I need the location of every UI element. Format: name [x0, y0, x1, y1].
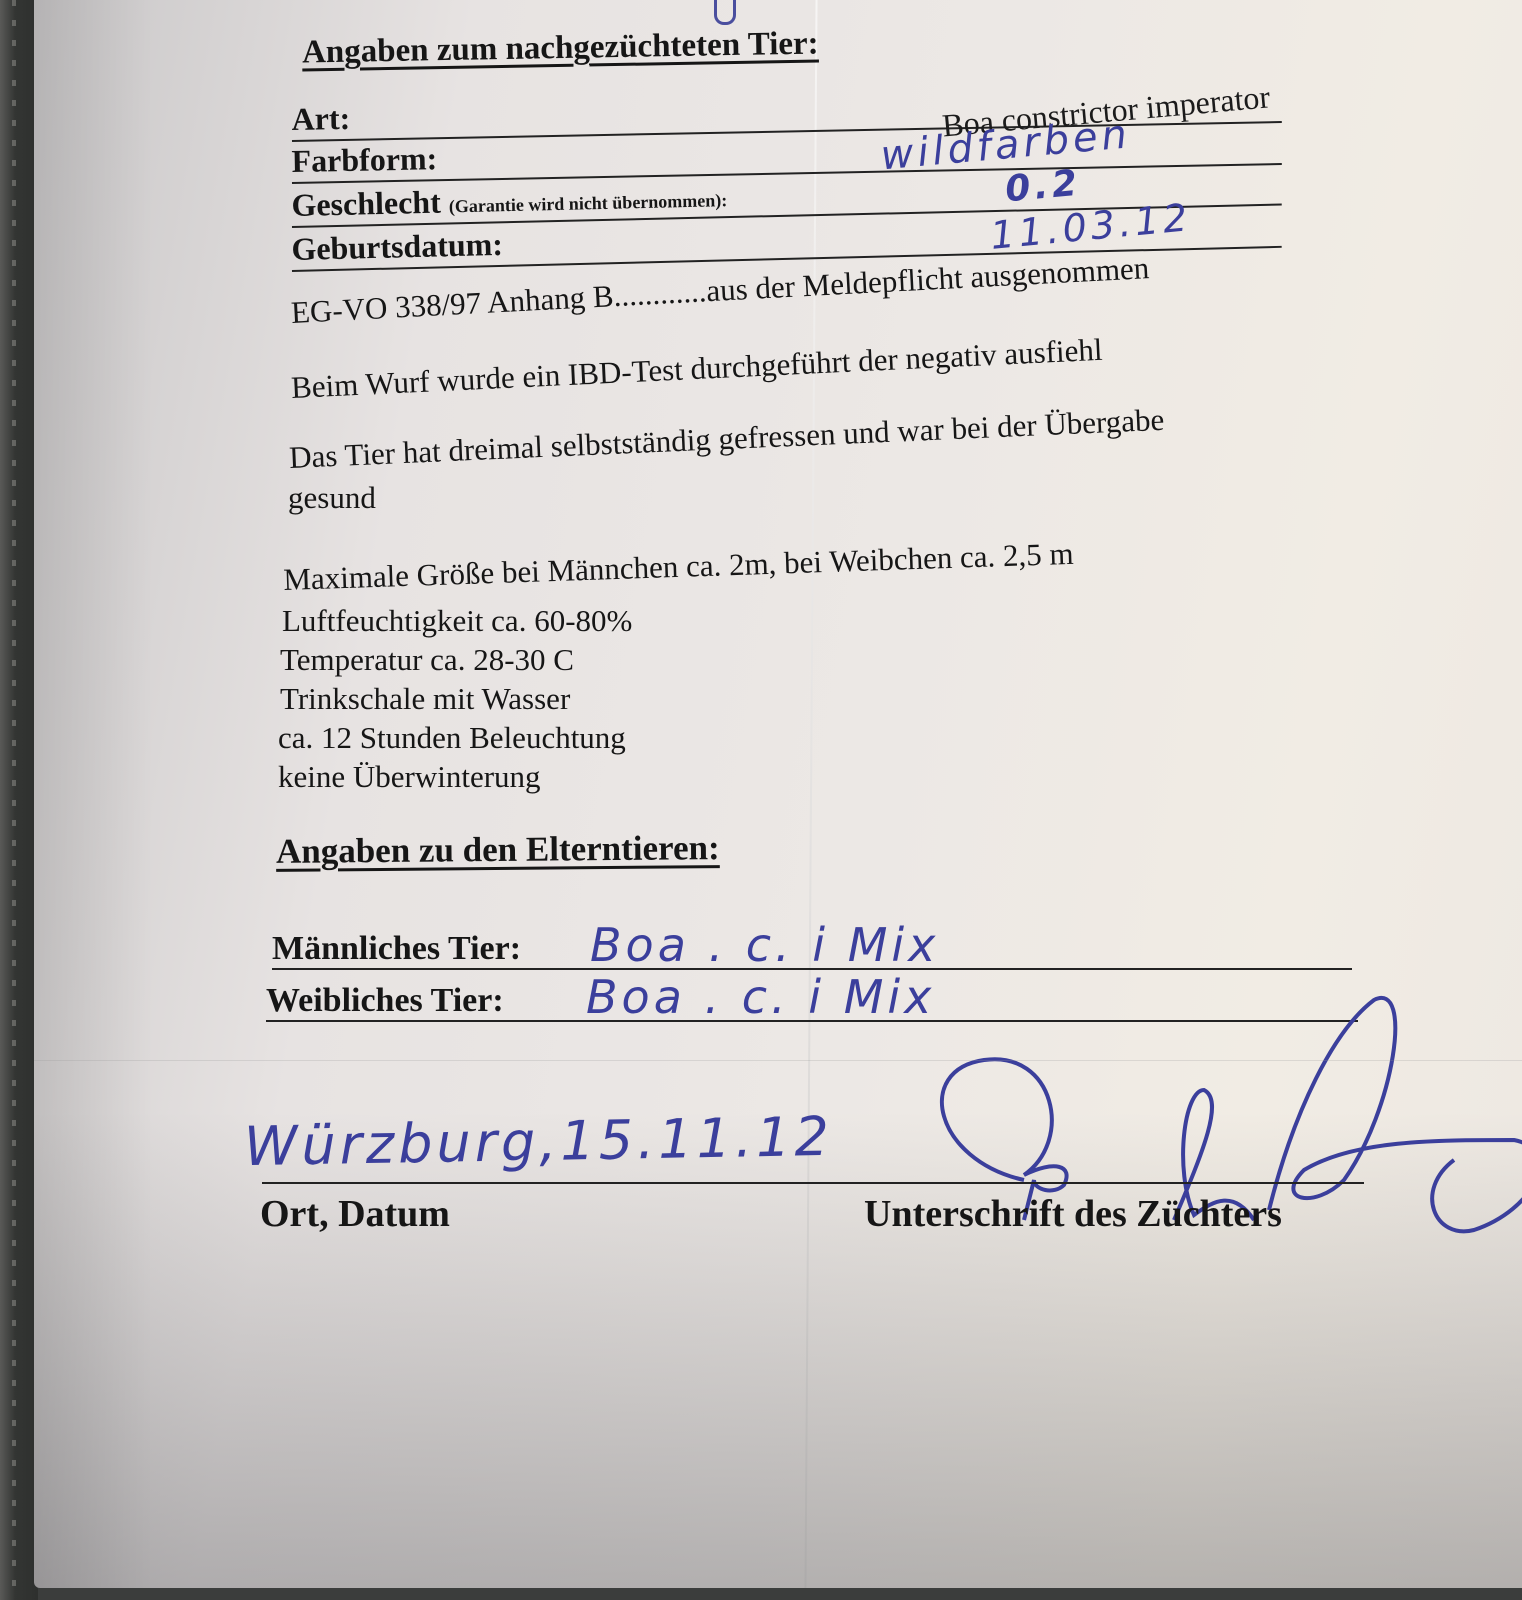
- field-label: Art:: [291, 100, 350, 138]
- place-date-label: Ort, Datum: [260, 1192, 450, 1236]
- signature-line: [262, 1182, 1364, 1184]
- field-value-sex: 0.2: [1004, 163, 1083, 211]
- photo-scene: Angaben zum nachgezüchteten Tier: Art: B…: [0, 0, 1522, 1600]
- statement-feeding: Das Tier hat dreimal selbstständig gefre…: [288, 402, 1165, 476]
- spec-max-size: Maximale Größe bei Männchen ca. 2m, bei …: [283, 534, 1074, 599]
- field-label: Männliches Tier:: [272, 930, 521, 968]
- spec-temperature: Temperatur ca. 28-30 C: [280, 640, 1075, 679]
- ink-mark: [714, 0, 736, 25]
- spec-humidity: Luftfeuchtigkeit ca. 60-80%: [282, 601, 1075, 640]
- section-title-animal: Angaben zum nachgezüchteten Tier:: [302, 25, 819, 71]
- field-label: Farbform:: [291, 140, 437, 180]
- care-specs-list: Maximale Größe bei Männchen ca. 2m, bei …: [284, 560, 1075, 796]
- section-title-parents: Angaben zu den Elterntieren:: [276, 828, 720, 872]
- field-label: Weibliches Tier:: [266, 982, 504, 1020]
- spec-hibernation: keine Überwinterung: [278, 757, 1075, 796]
- field-label: Geschlecht (Garantie wird nicht übernomm…: [291, 177, 728, 224]
- paper-sheet: Angaben zum nachgezüchteten Tier: Art: B…: [34, 0, 1522, 1588]
- statement-ibd-test: Beim Wurf wurde ein IBD-Test durchgeführ…: [290, 332, 1103, 406]
- statement-health: gesund: [288, 480, 376, 516]
- place-date-value: Würzburg,15.11.12: [243, 1105, 833, 1178]
- field-value-male-parent: Boa . c. i Mix: [590, 918, 939, 972]
- spec-water-bowl: Trinkschale mit Wasser: [280, 679, 1075, 718]
- signature-label: Unterschrift des Züchters: [864, 1192, 1282, 1236]
- field-label-text: Geschlecht: [291, 184, 441, 223]
- field-label: Geburtsdatum:: [291, 226, 503, 268]
- field-label-note: (Garantie wird nicht übernommen):: [449, 190, 728, 216]
- binder-edge: [0, 0, 38, 1600]
- spec-lighting: ca. 12 Stunden Beleuchtung: [278, 718, 1075, 757]
- field-male-parent: Männliches Tier: Boa . c. i Mix: [272, 920, 1352, 970]
